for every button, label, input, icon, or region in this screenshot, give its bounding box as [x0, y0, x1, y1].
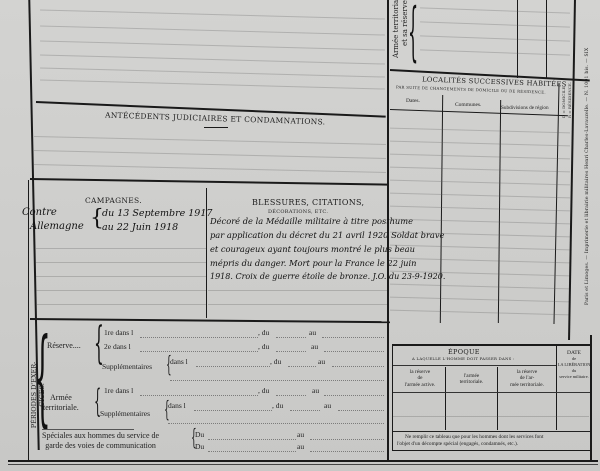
special-label-line: Spéciales aux hommes du service de	[42, 431, 159, 441]
territorial-label-line: Armée	[43, 393, 79, 403]
territorial-supp-au-field[interactable]	[338, 409, 384, 411]
special-row-2-au-field[interactable]	[310, 450, 384, 452]
territorial-row-1-field[interactable]	[140, 394, 258, 396]
epoch-col-line: l'armée active.	[395, 382, 445, 388]
epoch-header-rule	[393, 365, 556, 366]
epoch-cell-territorial[interactable]	[446, 394, 496, 429]
special-row-1-du: Du	[195, 430, 204, 439]
special-row-1-au: au	[297, 430, 304, 439]
reserve-supp-field-2[interactable]	[170, 379, 384, 381]
reserve-row-1-au-field[interactable]	[322, 336, 384, 338]
epoch-col-active-reserve: la réserve de l'armée active.	[395, 369, 445, 388]
reserve-supp-au-field[interactable]	[332, 365, 384, 367]
reserve-row-2-du-field[interactable]	[276, 350, 306, 352]
wounds-line: 1918. Croix de guerre étoile de bronze. …	[210, 272, 445, 281]
reserve-row-1-du: , du	[258, 328, 269, 337]
reserve-brace: {	[94, 322, 104, 366]
reserve-row-1-field[interactable]	[140, 336, 258, 338]
epoch-col-territorial-reserve: la réserve de l'ar- mée territoriale.	[498, 369, 556, 388]
epoch-top-divider	[392, 344, 590, 346]
special-row-1-du-field[interactable]	[208, 438, 296, 440]
reserve-row-2-field[interactable]	[140, 350, 258, 352]
reserve-supp-label: Supplémentaires	[102, 362, 152, 371]
wounds-title: BLESSURES, CITATIONS,	[252, 198, 364, 207]
left-border-inner	[28, 180, 29, 460]
epoch-cell-liberation-date[interactable]	[557, 394, 589, 429]
territorial-supp-field[interactable]	[194, 409, 272, 411]
special-label-line: garde des voies de communication	[42, 441, 159, 451]
epoch-date-liberation-header: DATE de LA LIBÉRATION du service militai…	[557, 350, 591, 380]
localities-communes-sep	[498, 100, 501, 323]
territorial-row-1-du-field[interactable]	[276, 394, 306, 396]
epoch-cell-active-reserve[interactable]	[394, 394, 444, 429]
register-page: ANTÉCÉDENTS JUDICIAIRES ET CONDAMNATIONS…	[0, 0, 600, 471]
periods-top-divider	[30, 318, 390, 323]
territorial-supp-label: Supplémentaires	[100, 409, 150, 418]
reserve-supp-au: au	[318, 357, 325, 366]
territorial-supp-au: au	[324, 401, 331, 410]
bottom-border-2	[8, 464, 598, 465]
wounds-line: Décoré de la Médaille militaire à titre …	[210, 216, 413, 226]
epoch-footnote-divider	[393, 431, 590, 432]
special-label: Spéciales aux hommes du service de garde…	[42, 431, 159, 451]
campaigns-top-divider	[30, 178, 388, 185]
epoch-col-line: mée territoriale.	[498, 382, 556, 388]
reserve-row-2-du: , du	[258, 342, 269, 351]
epoch-cell-territorial-reserve[interactable]	[498, 394, 555, 429]
territorial-row-1-au-field[interactable]	[324, 394, 384, 396]
reserve-row-2-au-field[interactable]	[324, 350, 384, 352]
epoch-col-header-rule	[393, 392, 590, 393]
vertical-label-line: Armée territoriale	[392, 0, 401, 58]
special-row-2-du: Du	[195, 442, 204, 451]
top-right-brace: {	[408, 0, 418, 64]
date-header-line: service militaire.	[557, 374, 591, 380]
territorial-row-1-au: au	[312, 386, 319, 395]
territorial-label-line: territoriale.	[43, 403, 79, 413]
reserve-supp-dans: dans l	[170, 357, 188, 366]
campaign-place: Allemagne	[30, 221, 84, 232]
reserve-row-1-au: au	[309, 328, 316, 337]
campaign-date: du 13 Septembre 1917	[102, 208, 212, 219]
reserve-row-1-du-field[interactable]	[276, 336, 306, 338]
localities-col-communes: Communes.	[455, 102, 481, 108]
epoch-footnote: Ne remplir ce tableau que pour les homme…	[397, 434, 543, 448]
special-top-rule	[42, 429, 134, 430]
special-row-2-au: au	[297, 442, 304, 451]
reserve-supp-field[interactable]	[196, 365, 270, 367]
territorial-row-1-du: , du	[258, 386, 269, 395]
epoch-bottom-border	[392, 450, 591, 451]
territorial-label: Armée territoriale.	[43, 393, 79, 413]
territorial-supp-dans: dans l	[168, 401, 186, 410]
special-row-2-du-field[interactable]	[208, 450, 296, 452]
campaign-place: Contre	[22, 207, 57, 218]
epoch-subtitle: A LAQUELLE L'HOMME DOIT PASSER DANS :	[412, 356, 515, 361]
reserve-row-1-label: 1re dans l	[104, 328, 133, 337]
reserve-row-2-label: 2e dans l	[104, 342, 131, 351]
epoch-title: ÉPOQUE	[448, 348, 480, 356]
epoch-left-border	[392, 344, 393, 450]
reserve-supp-du-field[interactable]	[288, 365, 316, 367]
middle-border	[387, 0, 389, 460]
printer-imprint: Paris et Limoges. — Imprimerie et librai…	[585, 48, 590, 305]
footnote-line: l'objet d'un décompte spécial (engagés, …	[397, 441, 543, 448]
epoch-col-line: territoriale.	[446, 379, 497, 385]
campaign-date: au 22 Juin 1918	[102, 222, 178, 233]
territorial-supp-field-2[interactable]	[168, 422, 384, 424]
wounds-line: mépris du danger. Mort pour la France le…	[210, 258, 416, 268]
right-border	[568, 0, 575, 340]
wounds-line: et courageux ayant toujours montré le pl…	[210, 244, 415, 254]
reserve-row-2-au: au	[311, 342, 318, 351]
territorial-supp-du-field[interactable]	[290, 409, 320, 411]
territorial-supp-du: , du	[272, 401, 283, 410]
epoch-col-territorial: l'armée territoriale.	[446, 373, 497, 386]
campaigns-title: CAMPAGNES.	[85, 196, 142, 205]
localities-col-dates: Dates.	[406, 98, 420, 104]
territorial-row-1-label: 1re dans l	[104, 386, 133, 395]
judicial-title-underline	[204, 127, 228, 128]
wounds-subtitle: DÉCORATIONS, ETC.	[268, 209, 328, 215]
bottom-border	[8, 460, 598, 462]
reserve-supp-du: , du	[270, 357, 281, 366]
footnote-line: Ne remplir ce tableau que pour les homme…	[397, 434, 543, 441]
reserve-label: Réserve....	[47, 341, 81, 350]
special-row-1-au-field[interactable]	[310, 438, 384, 440]
localities-col-subdivisions: Subdivisions de région	[501, 105, 549, 111]
